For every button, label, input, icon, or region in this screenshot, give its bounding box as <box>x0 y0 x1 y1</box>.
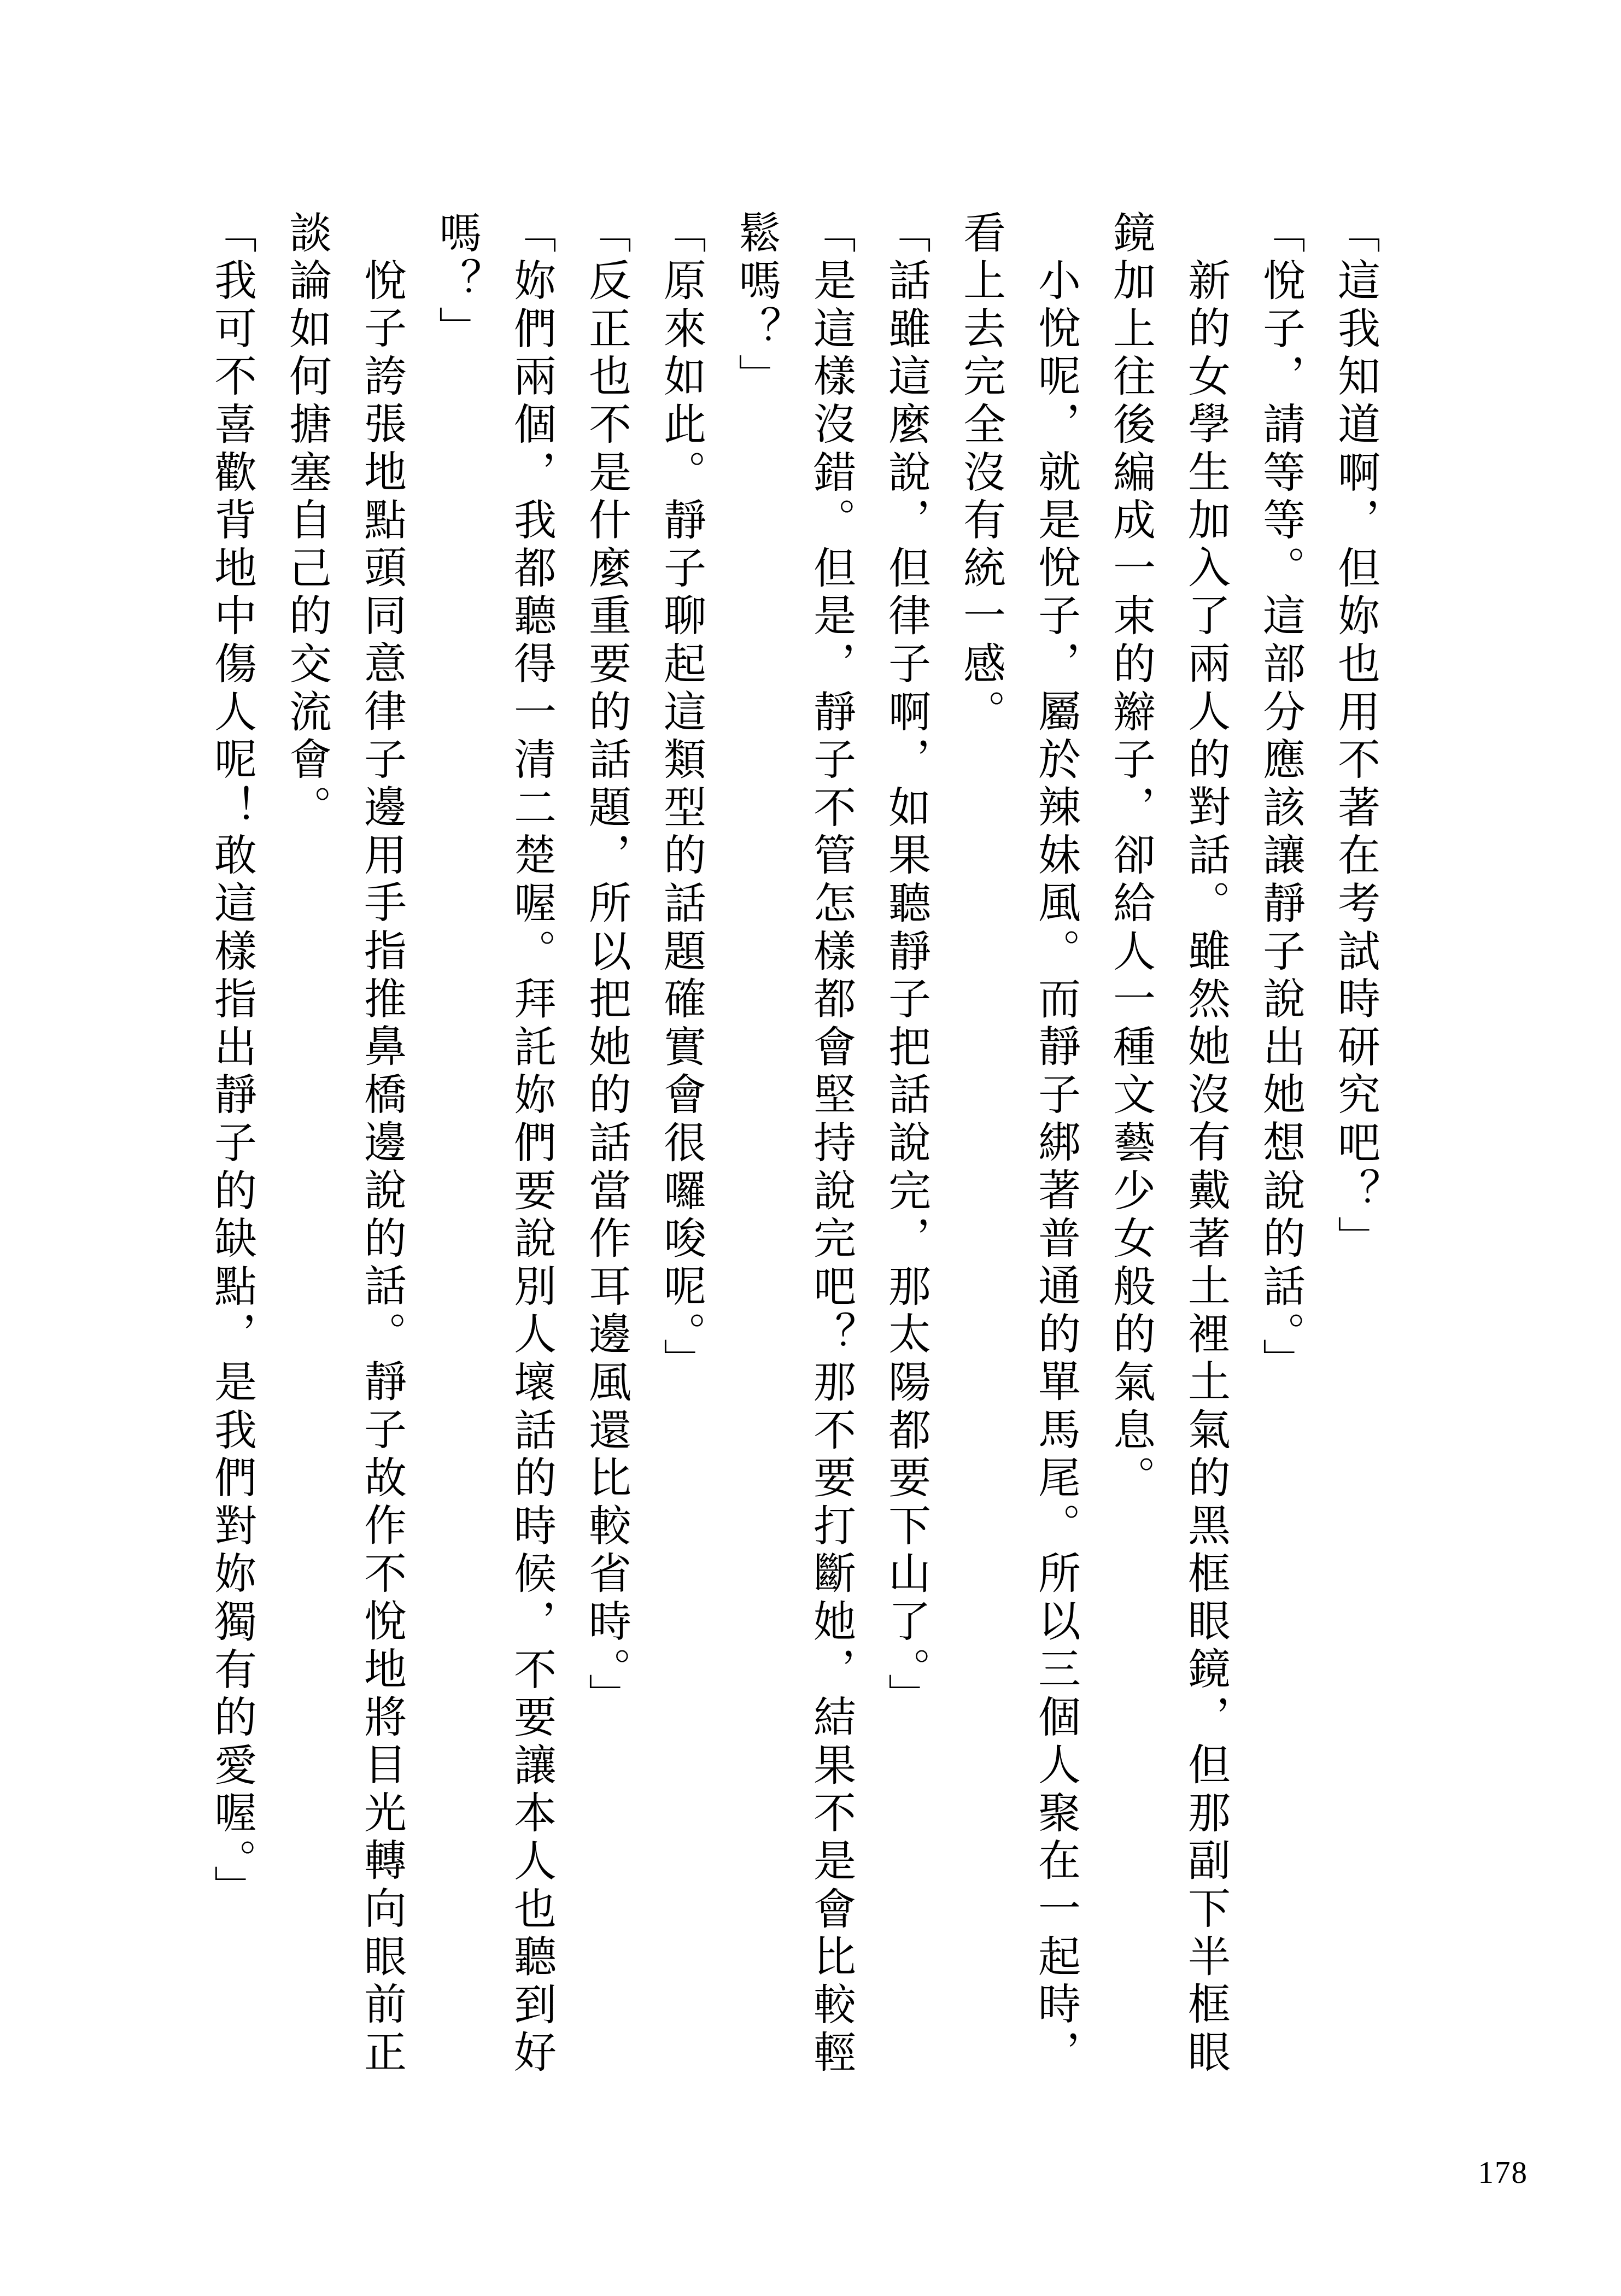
vertical-text-block: 「這我知道啊，但妳也用不著在考試時研究吧？」 「悅子，請等等。這部分應該讓靜子說… <box>195 210 1393 2083</box>
dialogue-paragraph: 「反正也不是什麼重要的話題，所以把她的話當作耳邊風還比較省時。」 <box>569 210 644 2083</box>
book-page: 「這我知道啊，但妳也用不著在考試時研究吧？」 「悅子，請等等。這部分應該讓靜子說… <box>0 0 1621 2296</box>
narration-paragraph: 悅子誇張地點頭同意律子邊用手指推鼻橋邊說的話。靜子故作不悅地將目光轉向眼前正談論… <box>270 210 419 2083</box>
dialogue-paragraph: 「話雖這麼說，但律子啊，如果聽靜子把話說完，那太陽都要下山了。」 <box>869 210 944 2083</box>
dialogue-paragraph: 「這我知道啊，但妳也用不著在考試時研究吧？」 <box>1318 210 1393 2083</box>
dialogue-paragraph: 「原來如此。靜子聊起這類型的話題確實會很囉唆呢。」 <box>644 210 719 2083</box>
narration-paragraph: 新的女學生加入了兩人的對話。雖然她沒有戴著土裡土氣的黑框眼鏡，但那副下半框眼鏡加… <box>1093 210 1243 2083</box>
page-number: 178 <box>1478 2155 1529 2190</box>
dialogue-paragraph: 「我可不喜歡背地中傷人呢！敢這樣指出靜子的缺點，是我們對妳獨有的愛喔。」 <box>195 210 270 2083</box>
dialogue-paragraph: 「是這樣沒錯。但是，靜子不管怎樣都會堅持說完吧？那不要打斷她，結果不是會比較輕鬆… <box>719 210 869 2083</box>
dialogue-paragraph: 「悅子，請等等。這部分應該讓靜子說出她想說的話。」 <box>1243 210 1318 2083</box>
dialogue-paragraph: 「妳們兩個，我都聽得一清二楚喔。拜託妳們要說別人壞話的時候，不要讓本人也聽到好嗎… <box>419 210 569 2083</box>
narration-paragraph: 小悅呢，就是悅子，屬於辣妹風。而靜子綁著普通的單馬尾。所以三個人聚在一起時，看上… <box>944 210 1093 2083</box>
